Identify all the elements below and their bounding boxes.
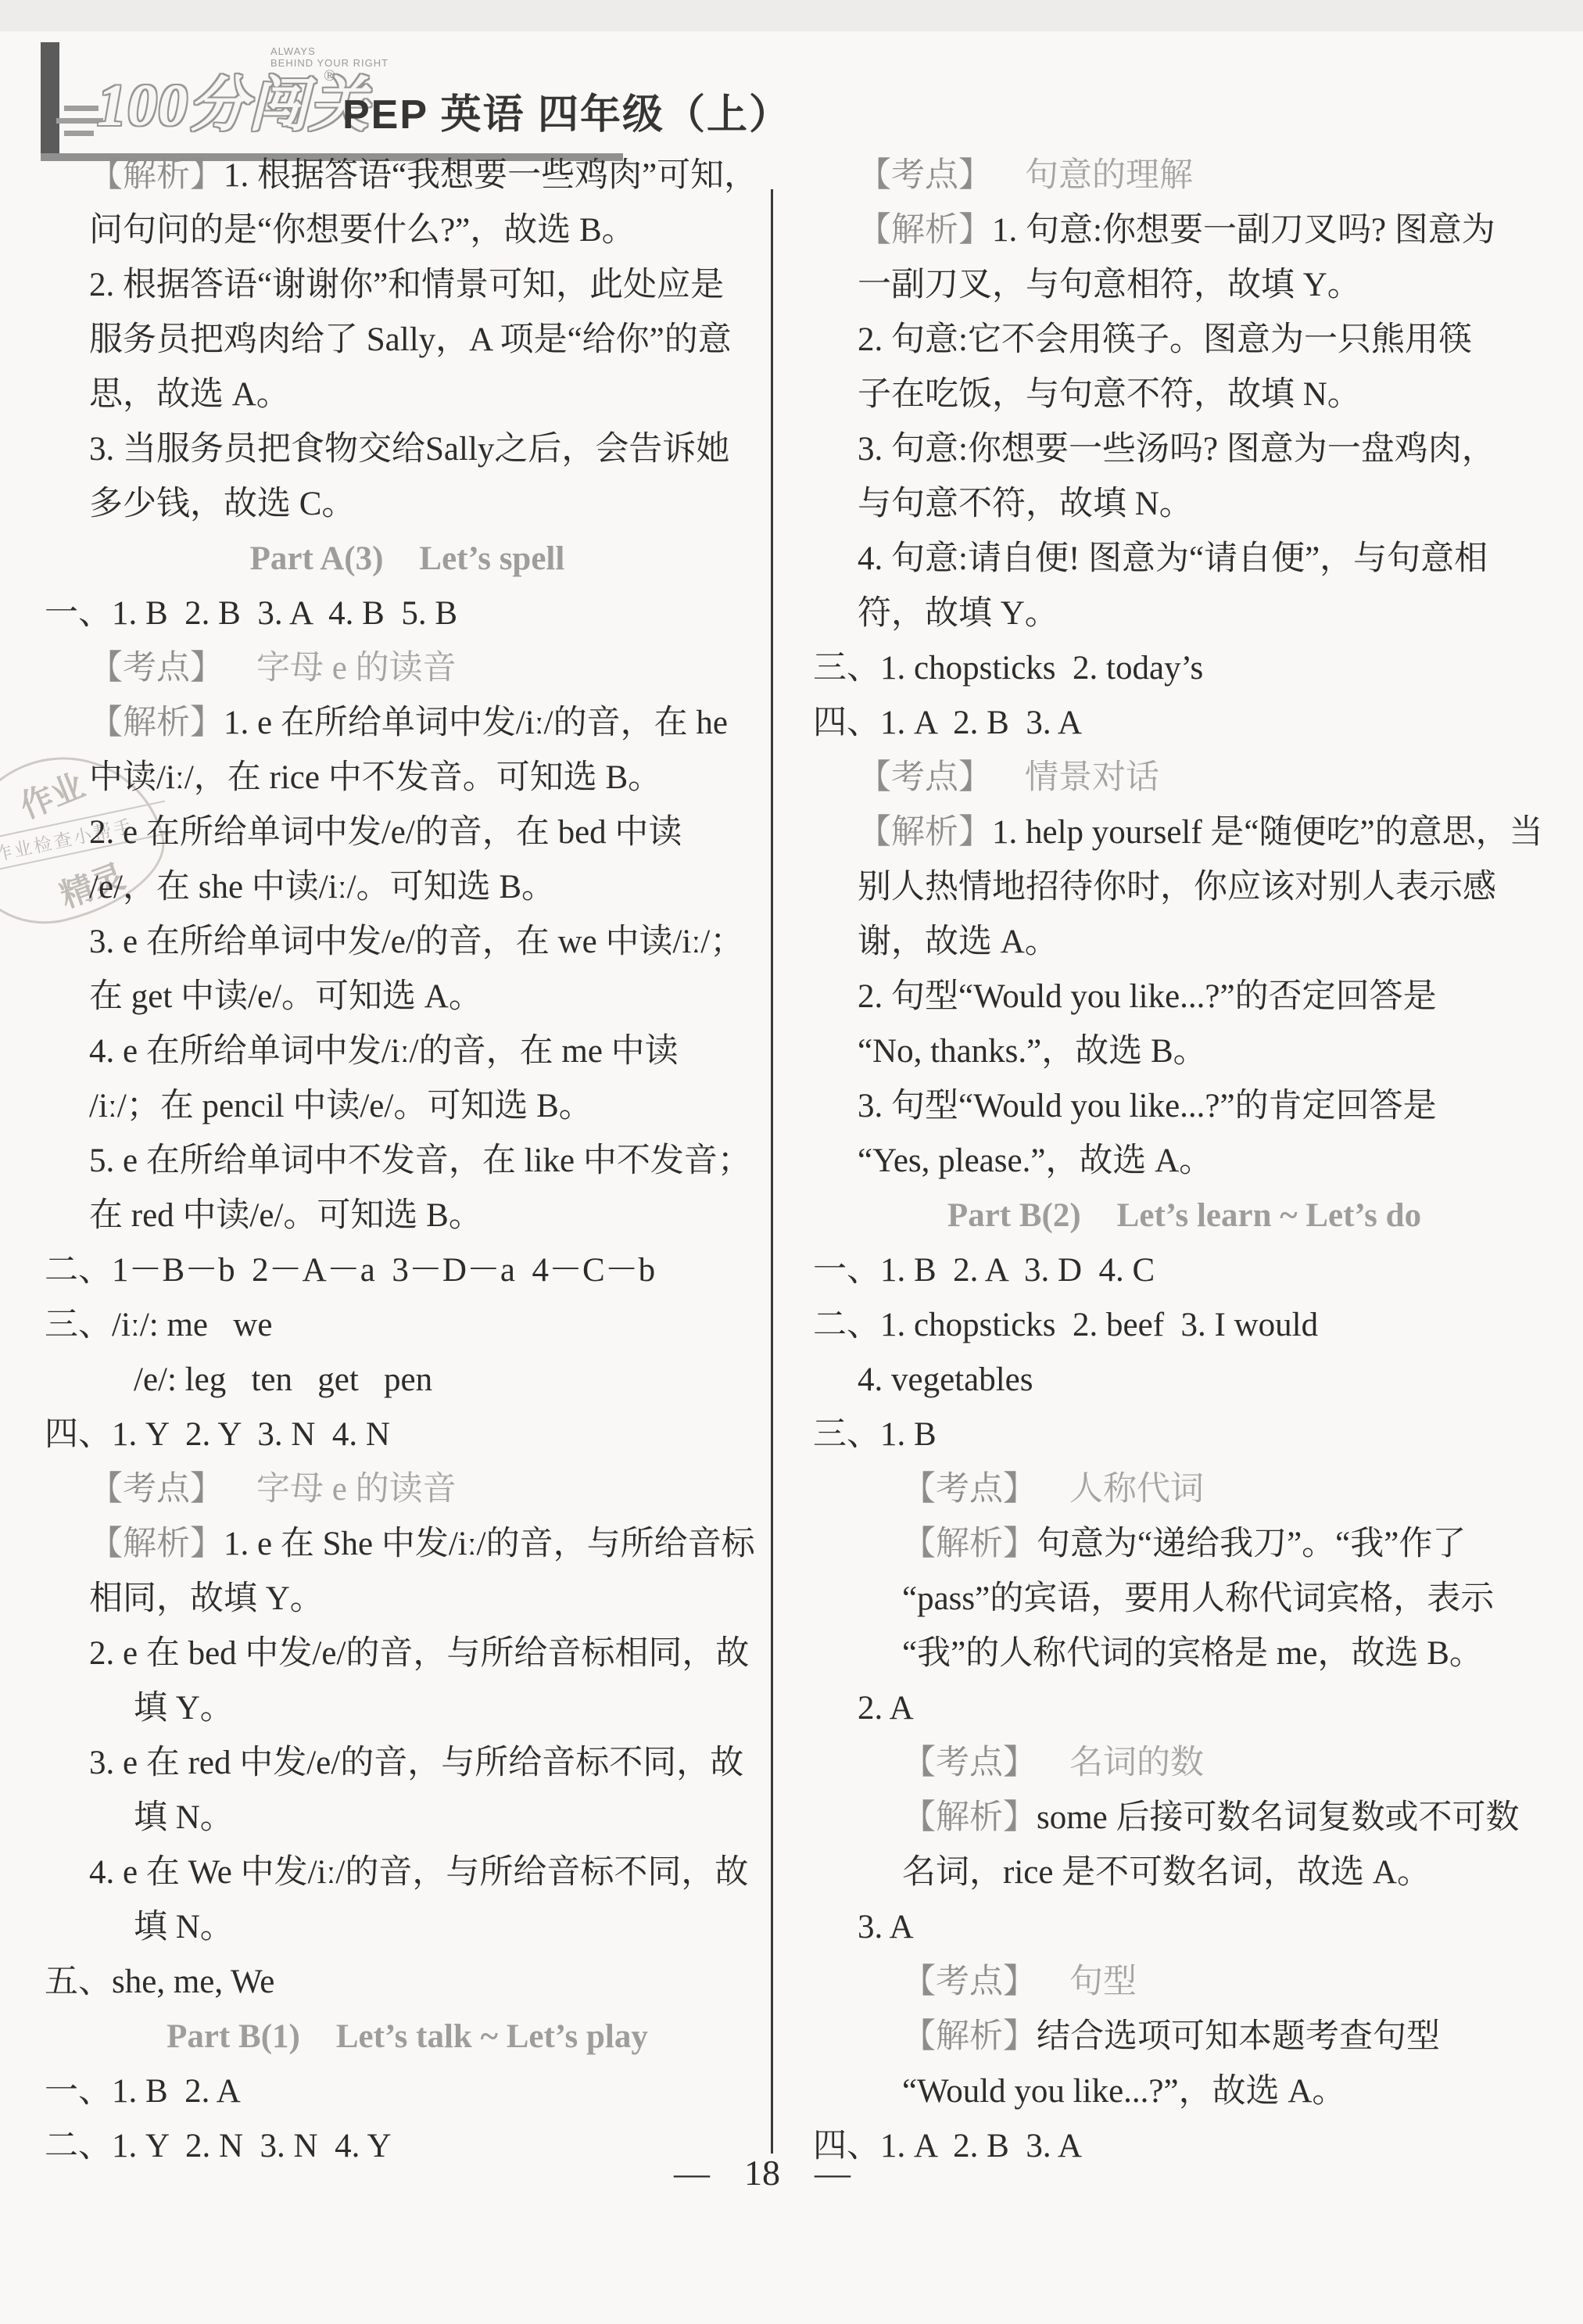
text-line: Part B(1)Let’s talk ~ Let’s play [45,2010,770,2064]
line-text: Let’s learn ~ Let’s do [1117,1197,1421,1234]
text-line: 【解析】1. help yourself 是“随便吃”的意思，当 [813,805,1556,860]
line-text: 字母 e 的读音 [256,1471,457,1508]
line-text: Let’s spell [419,540,564,577]
text-line: 3. e 在所给单词中发/e/的音，在 we 中读/iː/； [45,915,770,970]
jiexi-label: 【解析】 [858,814,992,851]
text-line: 子在吃饭，与句意不符，故填 N。 [813,368,1556,422]
text-line: “No, thanks.”，故选 B。 [813,1024,1556,1079]
text-line: 5. e 在所给单词中不发音，在 like 中不发音； [45,1134,770,1189]
kaodian-label: 【考点】 [89,650,224,687]
line-text: Let’s talk ~ Let’s play [336,2018,648,2055]
line-text: 3. A [858,1909,914,1946]
column-divider [771,189,773,2154]
text-line: 2. 根据答语“谢谢你”和情景可知，此处应是 [45,258,770,313]
text-line: 四、1. Y 2. Y 3. N 4. N [45,1408,770,1462]
line-text: 3. 句意:你想要一些汤吗? 图意为一盘鸡肉， [858,431,1495,468]
line-text: 2. A [858,1690,914,1727]
text-line: “Would you like...?”，故选 A。 [813,2064,1556,2119]
line-text: 三、/iː/: me we [45,1307,272,1343]
line-text: 2. e 在 bed 中发/e/的音，与所给音标相同，故 [89,1635,749,1672]
line-text: 填 N。 [134,1909,234,1946]
text-line: 二、1－B－b 2－A－a 3－D－a 4－C－b [45,1243,770,1298]
jiexi-label: 【解析】 [902,2018,1037,2055]
text-line: 【解析】1. e 在 She 中发/iː/的音，与所给音标 [45,1517,770,1572]
line-text: 五、she, me, We [45,1964,274,2000]
text-line: 4. vegetables [813,1353,1556,1408]
brand-logo: 100分闯关 ® ALWAYS BEHIND YOUR RIGHT [75,41,341,156]
line-text: 二、1－B－b 2－A－a 3－D－a 4－C－b [45,1252,655,1289]
jiexi-label: 【解析】 [902,1526,1037,1562]
line-text: 填 N。 [134,1799,234,1836]
line-text: “pass”的宾语，要用人称代词宾格，表示 [902,1580,1494,1617]
left-column: 【解析】1. 根据答语“我想要一些鸡肉”可知，问句问的是“你想要什么?”，故选 … [45,149,770,2174]
text-line: 【解析】结合选项可知本题考查句型 [813,2010,1556,2064]
line-text: 填 Y。 [134,1690,234,1727]
part-label: Part A(3) [250,540,384,577]
line-text: 结合选项可知本题考查句型 [1037,2018,1440,2055]
line-text: 3. 当服务员把食物交给Sally之后，会告诉她 [89,431,729,468]
line-text: 一、1. B 2. A [45,2073,241,2110]
line-text: 3. 句型“Would you like...?”的肯定回答是 [858,1088,1437,1124]
text-line: 【解析】句意为“递给我刀”。“我”作了 [813,1517,1556,1572]
line-text: 4. vegetables [858,1361,1033,1398]
text-line: 【考点】人称代词 [813,1462,1556,1517]
line-text: 2. 句意:它不会用筷子。图意为一只熊用筷 [858,321,1472,358]
line-text: “No, thanks.”，故选 B。 [858,1033,1207,1070]
line-text: 服务员把鸡肉给了 Sally，A 项是“给你”的意 [89,321,732,358]
text-line: 3. 句型“Would you like...?”的肯定回答是 [813,1079,1556,1134]
page-footer: —18— [0,2152,1524,2193]
line-text: 一、1. B 2. B 3. A 4. B 5. B [45,595,457,632]
text-line: /e/，在 she 中读/iː/。可知选 B。 [45,860,770,915]
text-line: 2. e 在 bed 中发/e/的音，与所给音标相同，故 [45,1626,770,1681]
text-line: 【考点】句意的理解 [813,149,1556,203]
text-line: 3. 当服务员把食物交给Sally之后，会告诉她 [45,422,770,477]
text-line: Part A(3)Let’s spell [45,532,770,586]
text-line: 在 red 中读/e/。可知选 B。 [45,1189,770,1243]
line-text: /e/: leg ten get pen [134,1361,432,1398]
text-line: “我”的人称代词的宾格是 me，故选 B。 [813,1626,1556,1681]
line-text: 字母 e 的读音 [256,650,457,687]
kaodian-label: 【考点】 [902,1964,1037,2000]
text-line: 【解析】1. 句意:你想要一副刀叉吗? 图意为 [813,203,1556,258]
text-line: 服务员把鸡肉给了 Sally，A 项是“给你”的意 [45,313,770,368]
line-text: 子在吃饭，与句意不符，故填 N。 [858,376,1361,413]
line-text: 2. 根据答语“谢谢你”和情景可知，此处应是 [89,267,724,303]
text-line: 【考点】句型 [813,1955,1556,2010]
text-line: 3. A [813,1900,1556,1955]
text-line: Part B(2)Let’s learn ~ Let’s do [813,1189,1556,1243]
jiexi-label: 【解析】 [89,157,224,194]
text-line: 填 N。 [45,1791,770,1845]
line-text: 别人热情地招待你时，你应该对别人表示感 [858,869,1496,906]
line-text: 名词，rice 是不可数名词，故选 A。 [902,1854,1431,1891]
kaodian-label: 【考点】 [858,157,992,194]
text-line: 一、1. B 2. B 3. A 4. B 5. B [45,586,770,641]
text-line: /iː/；在 pencil 中读/e/。可知选 B。 [45,1079,770,1134]
text-line: 2. e 在所给单词中发/e/的音，在 bed 中读 [45,805,770,860]
jiexi-label: 【解析】 [89,705,224,741]
text-line: 4. 句意:请自便! 图意为“请自便”，与句意相 [813,532,1556,586]
line-text: 中读/iː/，在 rice 中不发音。可知选 B。 [89,759,661,796]
text-line: 三、1. B [813,1408,1556,1462]
line-text: 问句问的是“你想要什么?”，故选 B。 [89,212,636,249]
kaodian-label: 【考点】 [902,1471,1037,1508]
text-line: 【考点】名词的数 [813,1736,1556,1791]
text-line: 多少钱，故选 C。 [45,477,770,532]
line-text: 3. e 在所给单词中发/e/的音，在 we 中读/iː/； [89,924,743,960]
line-text: 2. e 在所给单词中发/e/的音，在 bed 中读 [89,814,682,851]
text-line: 【考点】字母 e 的读音 [45,641,770,696]
text-line: 相同，故填 Y。 [45,1572,770,1626]
text-line: 一、1. B 2. A [45,2064,770,2119]
text-line: 二、1. chopsticks 2. beef 3. I would [813,1298,1556,1353]
line-text: 1. help yourself 是“随便吃”的意思，当 [992,814,1543,851]
line-text: “Would you like...?”，故选 A。 [902,2073,1345,2110]
line-text: 5. e 在所给单词中不发音，在 like 中不发音； [89,1142,751,1179]
line-text: 符，故填 Y。 [858,595,1058,632]
answer-book-page: 100分闯关 ® ALWAYS BEHIND YOUR RIGHT PEP 英语… [0,0,1583,2324]
line-text: 1. e 在所给单词中发/iː/的音，在 he [224,705,728,741]
text-line: 2. A [813,1681,1556,1736]
line-text: some 后接可数名词复数或不可数 [1037,1799,1520,1836]
text-line: 问句问的是“你想要什么?”，故选 B。 [45,203,770,258]
line-text: 相同，故填 Y。 [89,1580,324,1617]
line-text: 与句意不符，故填 N。 [858,486,1193,522]
text-line: 【解析】1. e 在所给单词中发/iː/的音，在 he [45,696,770,751]
text-line: “Yes, please.”，故选 A。 [813,1134,1556,1189]
line-text: 1. e 在 She 中发/iː/的音，与所给音标 [224,1526,755,1562]
text-line: 一、1. B 2. A 3. D 4. C [813,1243,1556,1298]
brand-slogan: ALWAYS BEHIND YOUR RIGHT [270,45,389,69]
text-line: 名词，rice 是不可数名词，故选 A。 [813,1845,1556,1900]
text-line: 【考点】情景对话 [813,751,1556,805]
text-line: 一副刀叉，与句意相符，故填 Y。 [813,258,1556,313]
text-line: 别人热情地招待你时，你应该对别人表示感 [813,860,1556,915]
header-corner-bar [41,42,59,160]
text-line: 三、1. chopsticks 2. today’s [813,641,1556,696]
kaodian-label: 【考点】 [858,759,992,796]
line-text: 4. 句意:请自便! 图意为“请自便”，与句意相 [858,540,1488,577]
book-title: PEP 英语 四年级（上） [342,81,791,140]
text-line: 符，故填 Y。 [813,586,1556,641]
line-text: 四、1. A 2. B 3. A [813,705,1082,741]
kaodian-label: 【考点】 [89,1471,224,1508]
text-line: 2. 句型“Would you like...?”的否定回答是 [813,970,1556,1024]
line-text: 三、1. chopsticks 2. today’s [813,650,1203,687]
text-line: 填 Y。 [45,1681,770,1736]
line-text: “我”的人称代词的宾格是 me，故选 B。 [902,1635,1483,1672]
jiexi-label: 【解析】 [858,212,992,249]
text-line: 4. e 在 We 中发/iː/的音，与所给音标不同，故 [45,1845,770,1900]
text-line: 在 get 中读/e/。可知选 A。 [45,970,770,1024]
text-line: 谢，故选 A。 [813,915,1556,970]
kaodian-label: 【考点】 [902,1745,1037,1781]
line-text: 谢，故选 A。 [858,924,1058,960]
page-number: 18 [744,2153,780,2193]
line-text: 4. e 在 We 中发/iː/的音，与所给音标不同，故 [89,1854,748,1891]
text-line: “pass”的宾语，要用人称代词宾格，表示 [813,1572,1556,1626]
line-text: 在 get 中读/e/。可知选 A。 [89,978,482,1015]
line-text: 4. e 在所给单词中发/iː/的音，在 me 中读 [89,1033,679,1070]
text-line: /e/: leg ten get pen [45,1353,770,1408]
line-text: 思，故选 A。 [89,376,290,413]
line-text: 句意为“递给我刀”。“我”作了 [1037,1526,1466,1562]
line-text: 三、1. B [813,1416,937,1453]
text-line: 与句意不符，故填 N。 [813,477,1556,532]
line-text: 人称代词 [1069,1471,1204,1508]
line-text: “Yes, please.”，故选 A。 [858,1142,1212,1179]
line-text: 名词的数 [1069,1745,1204,1781]
text-line: 【解析】some 后接可数名词复数或不可数 [813,1791,1556,1845]
line-text: 二、1. chopsticks 2. beef 3. I would [813,1307,1318,1343]
line-text: 2. 句型“Would you like...?”的否定回答是 [858,978,1437,1015]
part-label: Part B(2) [947,1197,1081,1234]
text-line: 4. e 在所给单词中发/iː/的音，在 me 中读 [45,1024,770,1079]
line-text: 多少钱，故选 C。 [89,486,355,522]
text-line: 3. 句意:你想要一些汤吗? 图意为一盘鸡肉， [813,422,1556,477]
line-text: 一副刀叉，与句意相符，故填 Y。 [858,267,1361,303]
text-line: 填 N。 [45,1900,770,1955]
scan-edge-shadow [0,0,1583,31]
text-line: 四、1. A 2. B 3. A [813,696,1556,751]
line-text: 1. 根据答语“我想要一些鸡肉”可知， [224,157,757,194]
line-text: 3. e 在 red 中发/e/的音，与所给音标不同，故 [89,1745,743,1781]
line-text: 句型 [1069,1964,1137,2000]
line-text: /e/，在 she 中读/iː/。可知选 B。 [89,869,555,906]
text-line: 五、she, me, We [45,1955,770,2010]
text-line: 中读/iː/，在 rice 中不发音。可知选 B。 [45,751,770,805]
line-text: 在 red 中读/e/。可知选 B。 [89,1197,482,1234]
jiexi-label: 【解析】 [902,1799,1037,1836]
text-line: 3. e 在 red 中发/e/的音，与所给音标不同，故 [45,1736,770,1791]
line-text: 四、1. Y 2. Y 3. N 4. N [45,1416,390,1453]
jiexi-label: 【解析】 [89,1526,224,1562]
line-text: 情景对话 [1025,759,1159,796]
right-column: 【考点】句意的理解【解析】1. 句意:你想要一副刀叉吗? 图意为一副刀叉，与句意… [813,149,1556,2174]
footer-dash-right: — [815,2153,851,2193]
line-text: 1. 句意:你想要一副刀叉吗? 图意为 [992,212,1495,249]
text-line: 【解析】1. 根据答语“我想要一些鸡肉”可知， [45,149,770,203]
text-line: 三、/iː/: me we [45,1298,770,1353]
text-line: 2. 句意:它不会用筷子。图意为一只熊用筷 [813,313,1556,368]
text-line: 【考点】字母 e 的读音 [45,1462,770,1517]
line-text: /iː/；在 pencil 中读/e/。可知选 B。 [89,1088,593,1124]
registered-mark: ® [324,67,335,85]
text-line: 思，故选 A。 [45,368,770,422]
footer-dash-left: — [674,2153,710,2193]
part-label: Part B(1) [167,2018,300,2055]
line-text: 一、1. B 2. A 3. D 4. C [813,1252,1155,1289]
line-text: 句意的理解 [1025,157,1193,194]
